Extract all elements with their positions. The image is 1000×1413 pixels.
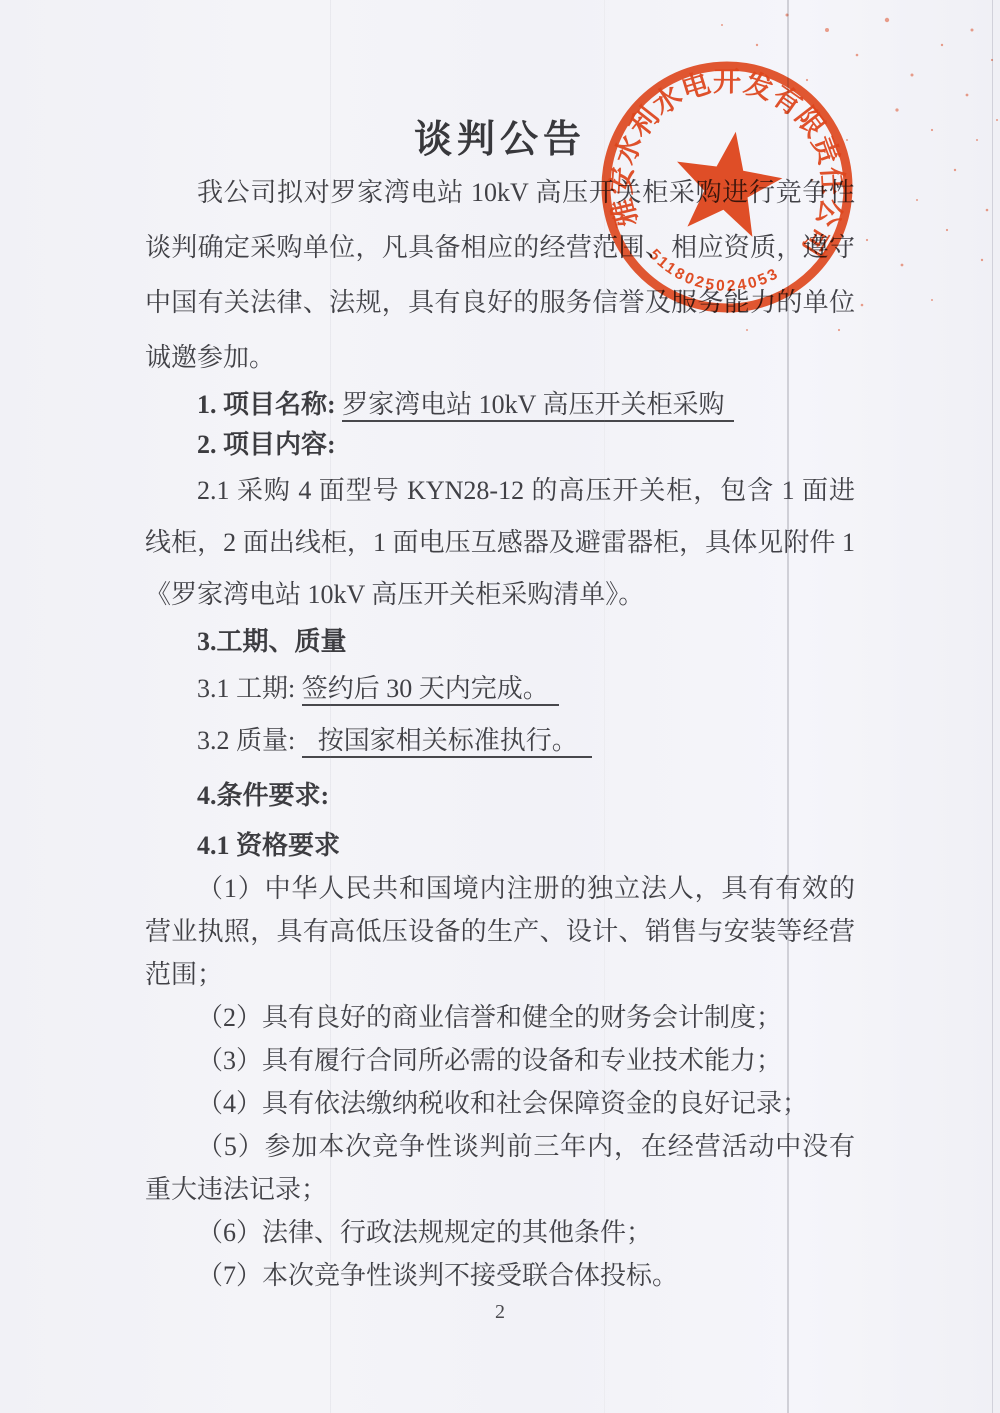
project-name-line: 1. 项目名称: 罗家湾电站 10kV 高压开关柜采购 [197,385,855,425]
quality-value: 按国家相关标准执行。 [302,726,592,758]
duration-label: 3.1 工期: [197,674,302,703]
duration-value: 签约后 30 天内完成。 [302,674,559,706]
project-content-label: 2. 项目内容: [197,430,336,459]
scan-edge-line [992,0,993,1413]
quality-label: 3.2 质量: [197,726,302,755]
requirement-item: （7）本次竞争性谈判不接受联合体投标。 [145,1254,855,1297]
scanned-document-page: 谈判公告 我公司拟对罗家湾电站 10kV 高压开关柜采购进行竞争性谈判确定采购单… [0,0,1000,1413]
project-name-value: 罗家湾电站 10kV 高压开关柜采购 [342,390,734,422]
project-content-line: 2. 项目内容: [197,425,855,465]
requirement-item: （1）中华人民共和国境内注册的独立法人，具有有效的营业执照，具有高低压设备的生产… [145,867,855,996]
project-content-detail: 2.1 采购 4 面型号 KYN28-12 的高压开关柜，包含 1 面进线柜，2… [145,465,855,621]
document-title: 谈判公告 [145,120,855,160]
duration-line: 3.1 工期: 签约后 30 天内完成。 [197,663,855,715]
requirement-item: （4）具有依法缴纳税收和社会保障资金的良好记录； [145,1082,855,1125]
requirement-item: （3）具有履行合同所必需的设备和专业技术能力； [145,1039,855,1082]
requirement-item: （2）具有良好的商业信誉和健全的财务会计制度； [145,996,855,1039]
requirement-item: （5）参加本次竞争性谈判前三年内，在经营活动中没有重大违法记录； [145,1125,855,1211]
section-3-heading: 3.工期、质量 [197,621,855,663]
project-name-label: 1. 项目名称: [197,390,342,419]
quality-line: 3.2 质量: 按国家相关标准执行。 [197,715,855,767]
intro-paragraph: 我公司拟对罗家湾电站 10kV 高压开关柜采购进行竞争性谈判确定采购单位，凡具备… [145,165,855,385]
section-4-heading: 4.条件要求: [197,775,855,817]
requirement-item: （6）法律、行政法规规定的其他条件； [145,1211,855,1254]
section-4-1-heading: 4.1 资格要求 [197,825,855,867]
page-number: 2 [145,1301,855,1324]
